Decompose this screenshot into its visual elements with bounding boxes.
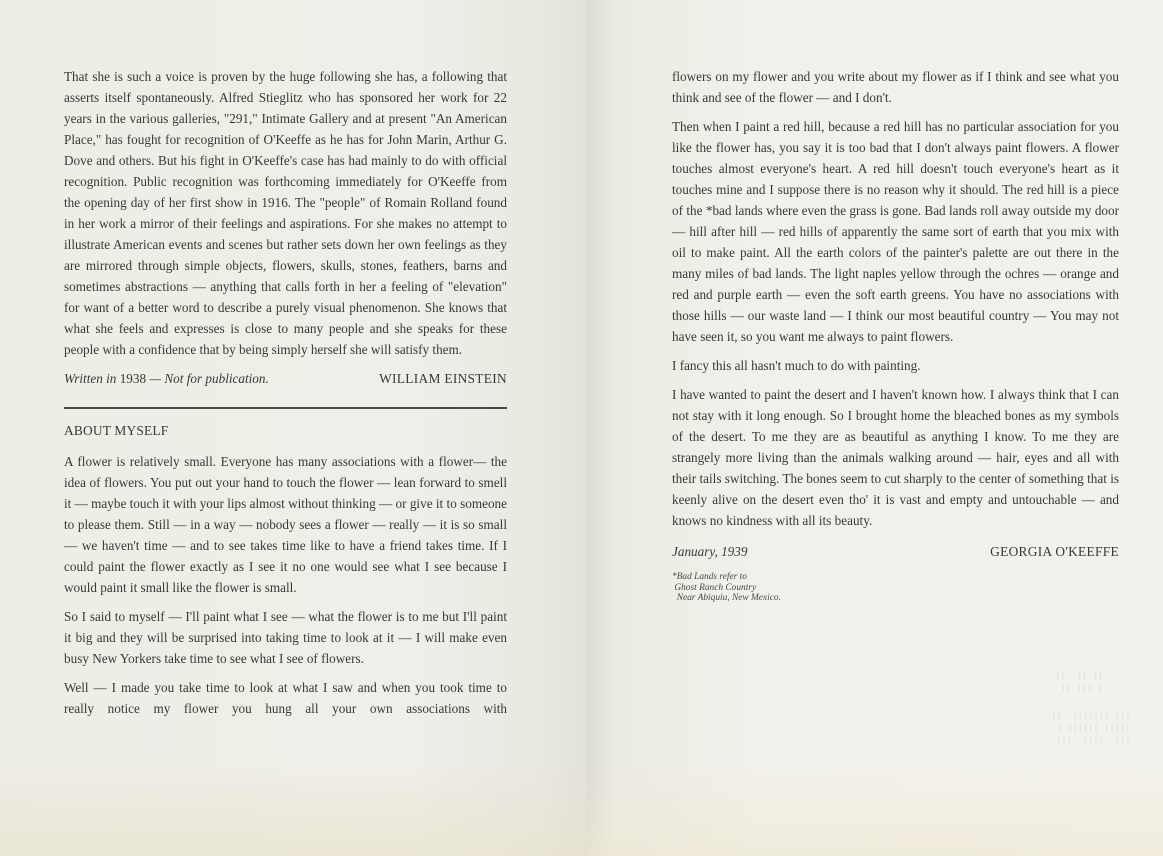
body-paragraph: A flower is relatively small. Everyone h… — [64, 451, 507, 598]
section-divider — [64, 407, 507, 409]
book-spread: That she is such a voice is proven by th… — [0, 0, 1163, 856]
body-paragraph: So I said to myself — I'll paint what I … — [64, 606, 507, 669]
show-through-text-decoration: II II II I III II III IIIIIII II IIIII I… — [955, 670, 1135, 748]
body-paragraph: flowers on my flower and you write about… — [672, 66, 1119, 108]
note-year: 1938 — [120, 371, 146, 386]
left-page-text-column: That she is such a voice is proven by th… — [64, 66, 507, 727]
essay-author: WILLIAM EINSTEIN — [379, 368, 507, 389]
right-page-text-column: flowers on my flower and you write about… — [672, 66, 1119, 604]
signature-row: January, 1939 GEORGIA O'KEEFFE — [672, 541, 1119, 562]
footnote: *Bad Lands refer to Ghost Ranch Country … — [672, 572, 1119, 604]
essay-publication-note: Written in 1938 — Not for publication. — [64, 368, 269, 389]
note-prefix: Written in — [64, 371, 116, 386]
section-heading: ABOUT MYSELF — [64, 420, 507, 441]
body-paragraph: Well — I made you take time to look at w… — [64, 677, 507, 719]
signature-date: January, 1939 — [672, 541, 747, 562]
signature-author: GEORGIA O'KEEFFE — [990, 541, 1119, 562]
body-paragraph: Then when I paint a red hill, because a … — [672, 116, 1119, 347]
note-suffix: — Not for publication. — [149, 371, 268, 386]
essay-signature-row: Written in 1938 — Not for publication. W… — [64, 368, 507, 389]
body-paragraph: I have wanted to paint the desert and I … — [672, 384, 1119, 531]
essay-paragraph: That she is such a voice is proven by th… — [64, 66, 507, 360]
body-paragraph: I fancy this all hasn't much to do with … — [672, 355, 1119, 376]
